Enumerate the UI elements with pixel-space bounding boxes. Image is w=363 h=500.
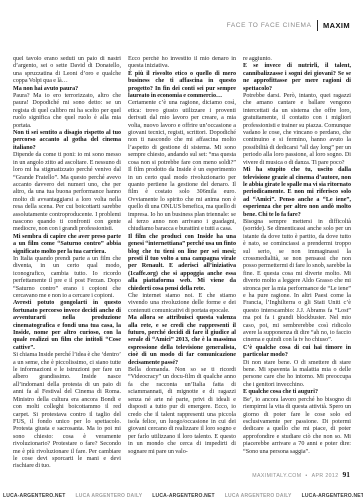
page-header: FACE TO FACE CINEMA MAXIM bbox=[227, 20, 350, 31]
answer-paragraph: Di non stare bene. O di smettere di star… bbox=[243, 360, 351, 390]
answer-paragraph: quel tavolo erano seduti un paio di nast… bbox=[13, 56, 121, 86]
question-paragraph: Il film che produci con Inside ha una ge… bbox=[128, 234, 236, 293]
watermark-strip: LUCA-ARGENTERO.NETLUCA ARGENTERO DAILYLU… bbox=[0, 493, 363, 499]
answer-paragraph: Potrebbe darsi. Però, intanto, quei raga… bbox=[243, 93, 351, 167]
question-paragraph: E qualche cosa che ti auguri? bbox=[243, 389, 351, 396]
answer-paragraph: Ecco perché ho investito il mio denaro i… bbox=[128, 56, 236, 71]
interview-article: quel tavolo erano seduti un paio di nast… bbox=[13, 56, 351, 486]
watermark-text: LUCA-ARGENTERO.NET bbox=[302, 493, 363, 499]
answer-paragraph: Bella domanda. Non so se ti ricordi “Vid… bbox=[128, 367, 236, 456]
question-paragraph: Ma non hai avuto paura? bbox=[13, 86, 121, 93]
watermark-text: LUCA ARGENTERO DAILY bbox=[225, 493, 292, 499]
answer-paragraph: Che internet siamo noi. E che stiamo viv… bbox=[128, 293, 236, 315]
magazine-page: FACE TO FACE CINEMA MAXIM quel tavolo er… bbox=[0, 0, 363, 500]
header-divider bbox=[317, 20, 319, 31]
answer-paragraph: Paura? Ma io ero terrorizzato, altro che… bbox=[13, 93, 121, 130]
watermark-text: LUCA-ARGENTERO.NET bbox=[152, 493, 215, 499]
page-footer: MAXIMITALY.COM • APR 2012 91 bbox=[252, 470, 350, 479]
question-paragraph: Mi sembra di capire che aver preso parte… bbox=[13, 234, 121, 256]
question-paragraph: Mi ha stupito che tu, uscito dalla telev… bbox=[243, 167, 351, 219]
website-url: MAXIMITALY.COM bbox=[252, 473, 301, 479]
answer-paragraph: Dipende da come ti poni: io mi sono mess… bbox=[13, 152, 121, 233]
answer-paragraph: Certamente c’è una ragione, diciamo così… bbox=[128, 100, 236, 233]
issue-date: APR 2012 bbox=[312, 473, 339, 479]
watermark-text: LUCA ARGENTERO DAILY bbox=[76, 493, 143, 499]
answer-paragraph: re aggiunto. bbox=[243, 56, 351, 63]
answer-paragraph: In Italia quando prendi parte a un film … bbox=[13, 256, 121, 300]
text-column-1: quel tavolo erano seduti un paio di nast… bbox=[13, 56, 121, 486]
footer-bullet: • bbox=[305, 473, 307, 479]
answer-paragraph: Si chiama Inside perché l’idea è che ‘de… bbox=[13, 352, 121, 471]
magazine-brand: MAXIM bbox=[323, 21, 350, 30]
question-paragraph: Ma allora se attribuisci questa valenza … bbox=[128, 315, 236, 367]
watermark-text: LUCA-ARGENTERO.NET bbox=[3, 493, 66, 499]
answer-paragraph: Be’, io ancora lavoro perché ho bisogno … bbox=[243, 397, 351, 456]
section-title: FACE TO FACE CINEMA bbox=[227, 22, 312, 29]
question-paragraph: E se invece di nutrirli, il talent, cann… bbox=[243, 63, 351, 93]
text-column-3: re aggiunto.E se invece di nutrirli, il … bbox=[243, 56, 351, 486]
question-paragraph: Avresti potuto gongolarti in questo fort… bbox=[13, 300, 121, 352]
answer-paragraph: Bisogna sempre mettersi in difficoltà (s… bbox=[243, 219, 351, 345]
text-column-2: Ecco perché ho investito il mio denaro i… bbox=[128, 56, 236, 486]
question-paragraph: Non ti sei sentito a disagio rispetto al… bbox=[13, 130, 121, 152]
question-paragraph: C’è qualche cosa di cui hai timore in pa… bbox=[243, 345, 351, 360]
question-paragraph: È più il risvolto etico o quello di mero… bbox=[128, 71, 236, 101]
page-number: 91 bbox=[343, 470, 351, 479]
